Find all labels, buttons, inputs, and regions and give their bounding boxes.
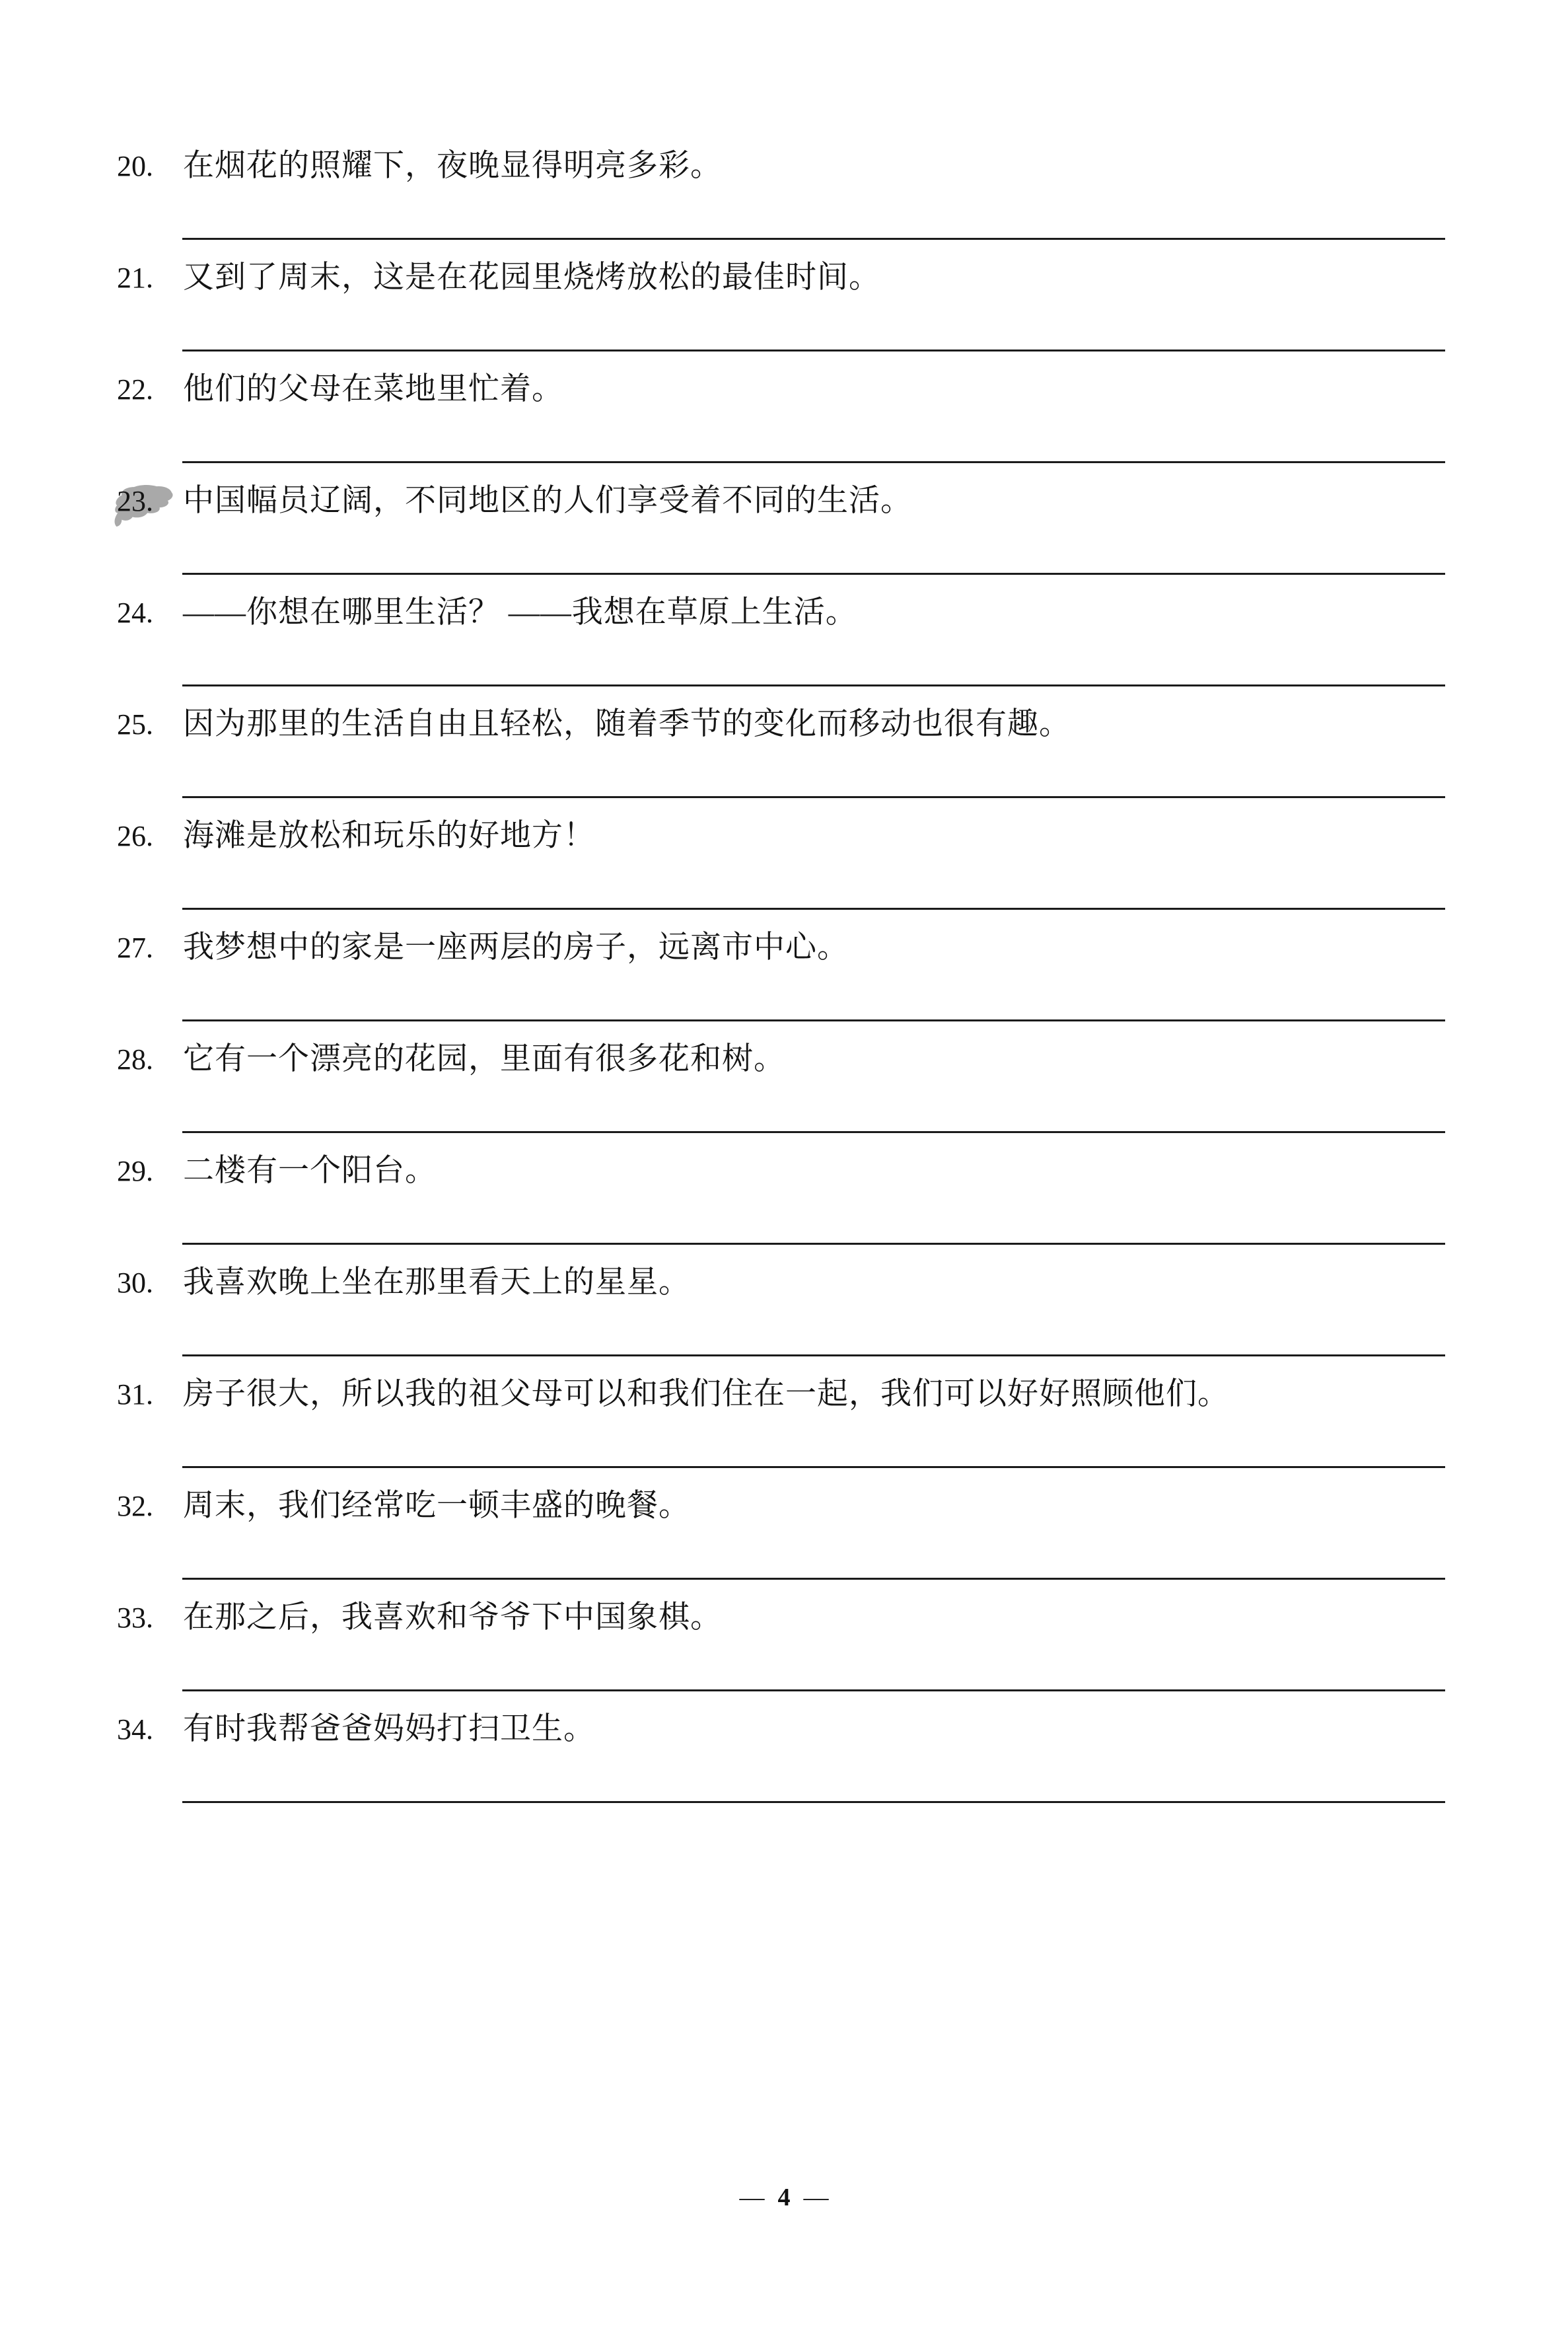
sentence-row: 20. 在烟花的照耀下，夜晚显得明亮多彩。: [117, 147, 722, 186]
sentence-item: 32. 周末，我们经常吃一顿丰盛的晚餐。: [0, 1487, 1568, 1598]
answer-line: [182, 573, 1445, 575]
item-number: 33.: [117, 1599, 183, 1637]
item-number: 27.: [117, 929, 183, 967]
answer-line: [182, 1466, 1445, 1468]
item-number: 30.: [117, 1264, 183, 1302]
item-number: 20.: [117, 147, 183, 186]
sentence-item: 23. 中国幅员辽阔，不同地区的人们享受着不同的生活。: [0, 482, 1568, 593]
answer-line: [182, 1578, 1445, 1580]
item-text: 中国幅员辽阔，不同地区的人们享受着不同的生活。: [183, 482, 912, 520]
item-number: 22.: [117, 371, 183, 409]
sentence-item: 31. 房子很大，所以我的祖父母可以和我们住在一起，我们可以好好照顾他们。: [0, 1375, 1568, 1487]
footer-dash-left: —: [740, 2184, 765, 2211]
item-text: 我梦想中的家是一座两层的房子，远离市中心。: [183, 928, 849, 967]
sentence-item: 22. 他们的父母在菜地里忙着。: [0, 370, 1568, 482]
item-number: 24.: [117, 594, 183, 632]
sentence-item: 20. 在烟花的照耀下，夜晚显得明亮多彩。: [0, 147, 1568, 258]
item-text: 周末，我们经常吃一顿丰盛的晚餐。: [183, 1487, 690, 1525]
item-number: 25.: [117, 706, 183, 744]
sentence-row: 22. 他们的父母在菜地里忙着。: [117, 370, 563, 409]
item-text: ——你想在哪里生活？ ——我想在草原上生活。: [183, 593, 857, 632]
sentence-item: 34. 有时我帮爸爸妈妈打扫卫生。: [0, 1710, 1568, 1822]
sentence-item: 28. 它有一个漂亮的花园，里面有很多花和树。: [0, 1040, 1568, 1152]
sentence-row: 34. 有时我帮爸爸妈妈打扫卫生。: [117, 1710, 595, 1749]
sentence-row: 24. ——你想在哪里生活？ ——我想在草原上生活。: [117, 593, 857, 632]
sentence-item: 33. 在那之后，我喜欢和爷爷下中国象棋。: [0, 1598, 1568, 1710]
sentence-item: 29. 二楼有一个阳台。: [0, 1152, 1568, 1263]
answer-line: [182, 796, 1445, 798]
sentence-item: 26. 海滩是放松和玩乐的好地方！: [0, 817, 1568, 928]
sentence-row: 31. 房子很大，所以我的祖父母可以和我们住在一起，我们可以好好照顾他们。: [117, 1375, 1229, 1414]
sentence-row: 33. 在那之后，我喜欢和爷爷下中国象棋。: [117, 1598, 722, 1637]
answer-line: [182, 1354, 1445, 1356]
item-text: 在烟花的照耀下，夜晚显得明亮多彩。: [183, 147, 722, 185]
page-footer: —4—: [0, 2182, 1568, 2213]
sentence-row: 25. 因为那里的生活自由且轻松，随着季节的变化而移动也很有趣。: [117, 705, 1071, 744]
item-number: 29.: [117, 1152, 183, 1191]
sentence-row: 28. 它有一个漂亮的花园，里面有很多花和树。: [117, 1040, 785, 1079]
item-text: 海滩是放松和玩乐的好地方！: [183, 817, 595, 855]
sentence-item: 25. 因为那里的生活自由且轻松，随着季节的变化而移动也很有趣。: [0, 705, 1568, 817]
item-number: 23.: [117, 482, 183, 521]
sentence-item: 21. 又到了周末，这是在花园里烧烤放松的最佳时间。: [0, 258, 1568, 370]
item-text: 我喜欢晚上坐在那里看天上的星星。: [183, 1263, 690, 1302]
footer-dash-right: —: [804, 2184, 829, 2211]
item-number: 21.: [117, 259, 183, 297]
sentence-item: 24. ——你想在哪里生活？ ——我想在草原上生活。: [0, 593, 1568, 705]
answer-line: [182, 684, 1445, 686]
item-number: 31.: [117, 1376, 183, 1414]
item-text: 又到了周末，这是在花园里烧烤放松的最佳时间。: [183, 258, 880, 297]
page-number: 4: [778, 2184, 791, 2211]
item-number: 26.: [117, 817, 183, 856]
item-text: 在那之后，我喜欢和爷爷下中国象棋。: [183, 1598, 722, 1637]
sentence-item: 30. 我喜欢晚上坐在那里看天上的星星。: [0, 1263, 1568, 1375]
answer-line: [182, 1019, 1445, 1021]
answer-line: [182, 1689, 1445, 1691]
sentence-row: 30. 我喜欢晚上坐在那里看天上的星星。: [117, 1263, 690, 1302]
sentence-row: 23. 中国幅员辽阔，不同地区的人们享受着不同的生活。: [117, 482, 912, 521]
answer-line: [182, 908, 1445, 910]
sentence-row: 32. 周末，我们经常吃一顿丰盛的晚餐。: [117, 1487, 690, 1526]
answer-line: [182, 350, 1445, 351]
answer-line: [182, 1243, 1445, 1245]
sentence-row: 26. 海滩是放松和玩乐的好地方！: [117, 817, 595, 856]
item-text: 它有一个漂亮的花园，里面有很多花和树。: [183, 1040, 785, 1078]
sentence-item: 27. 我梦想中的家是一座两层的房子，远离市中心。: [0, 928, 1568, 1040]
item-text: 他们的父母在菜地里忙着。: [183, 370, 563, 408]
item-number: 34.: [117, 1711, 183, 1749]
item-text: 二楼有一个阳台。: [183, 1152, 437, 1190]
sentence-row: 27. 我梦想中的家是一座两层的房子，远离市中心。: [117, 928, 849, 967]
answer-line: [182, 461, 1445, 463]
sentence-row: 29. 二楼有一个阳台。: [117, 1152, 437, 1191]
answer-line: [182, 1131, 1445, 1133]
item-text: 因为那里的生活自由且轻松，随着季节的变化而移动也很有趣。: [183, 705, 1071, 743]
answer-line: [182, 238, 1445, 240]
item-text: 房子很大，所以我的祖父母可以和我们住在一起，我们可以好好照顾他们。: [183, 1375, 1229, 1413]
item-number: 28.: [117, 1041, 183, 1079]
sentence-row: 21. 又到了周末，这是在花园里烧烤放松的最佳时间。: [117, 258, 880, 297]
worksheet-page: 20. 在烟花的照耀下，夜晚显得明亮多彩。 21. 又到了周末，这是在花园里烧烤…: [0, 0, 1568, 2325]
answer-line: [182, 1801, 1445, 1803]
item-number: 32.: [117, 1487, 183, 1526]
item-text: 有时我帮爸爸妈妈打扫卫生。: [183, 1710, 595, 1748]
